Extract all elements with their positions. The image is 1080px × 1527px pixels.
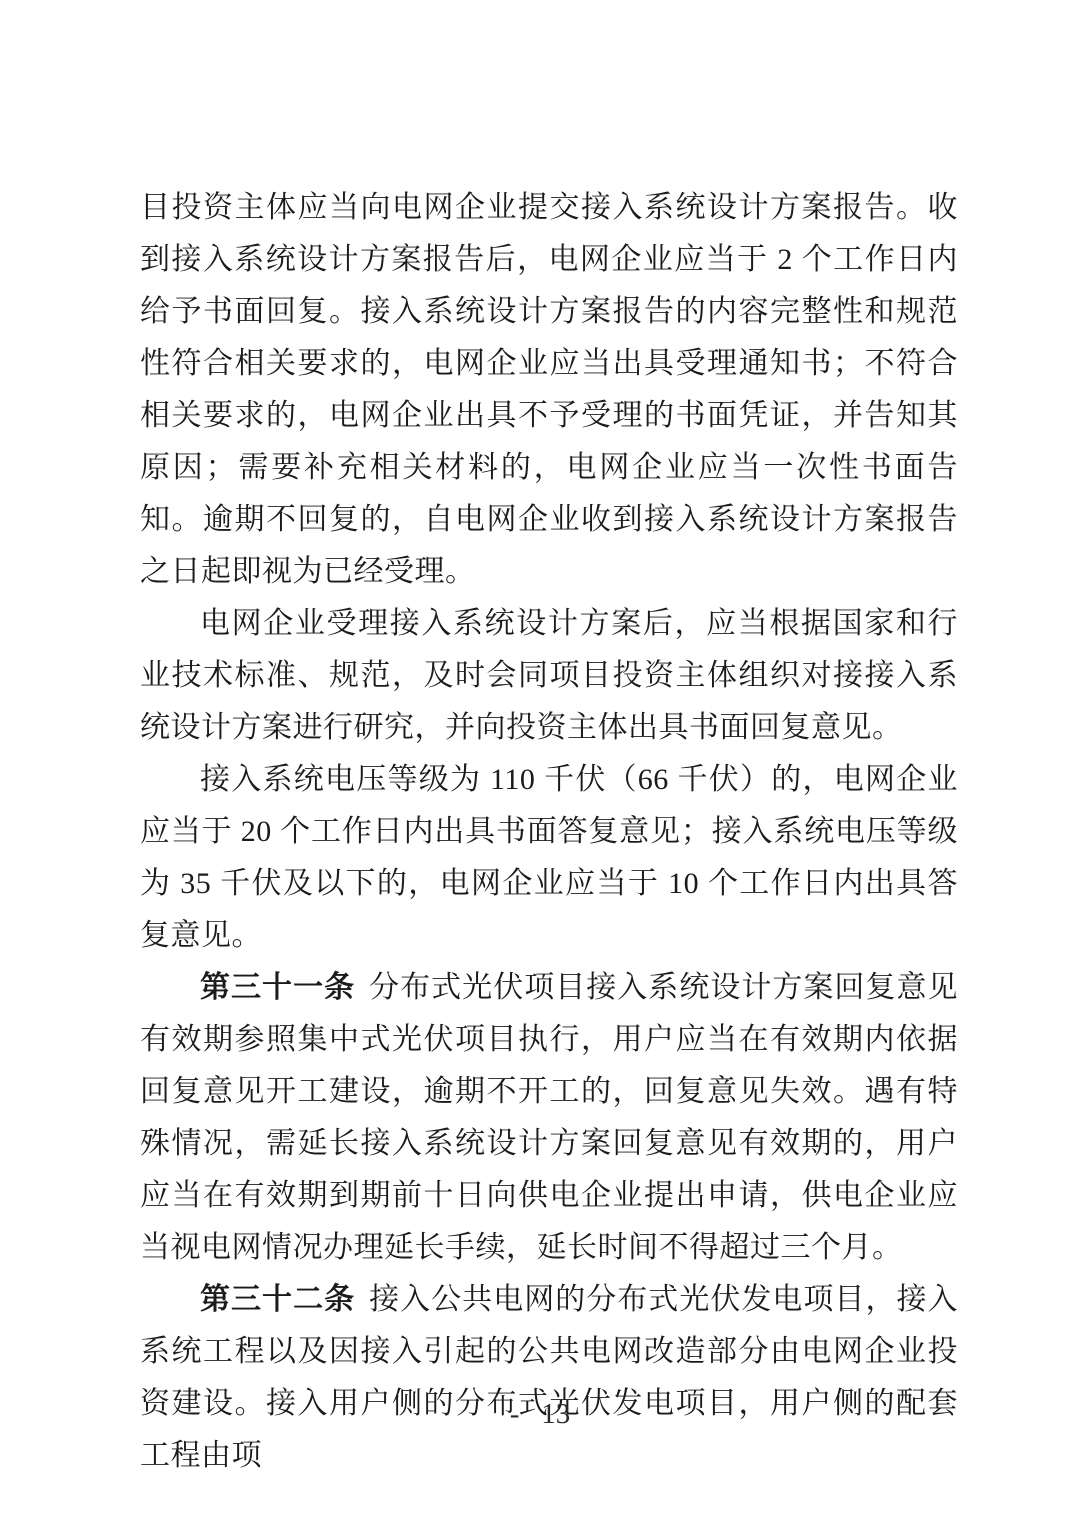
paragraph-text: 分布式光伏项目接入系统设计方案回复意见有效期参照集中式光伏项目执行，用户应当在有… [140, 971, 958, 1264]
paragraph: 目投资主体应当向电网企业提交接入系统设计方案报告。收到接入系统设计方案报告后，电… [140, 182, 958, 598]
paragraph-text: 接入系统电压等级为 110 千伏（66 千伏）的，电网企业应当于 20 个工作日… [140, 763, 958, 952]
paragraph-article-31: 第三十一条分布式光伏项目接入系统设计方案回复意见有效期参照集中式光伏项目执行，用… [140, 962, 958, 1274]
article-number: 第三十二条 [200, 1283, 355, 1316]
document-page: 目投资主体应当向电网企业提交接入系统设计方案报告。收到接入系统设计方案报告后，电… [0, 0, 1080, 1527]
document-body: 目投资主体应当向电网企业提交接入系统设计方案报告。收到接入系统设计方案报告后，电… [140, 182, 958, 1482]
page-number-footer: - 13 [0, 1392, 1080, 1436]
paragraph-text: 目投资主体应当向电网企业提交接入系统设计方案报告。收到接入系统设计方案报告后，电… [140, 191, 958, 588]
paragraph: 接入系统电压等级为 110 千伏（66 千伏）的，电网企业应当于 20 个工作日… [140, 754, 958, 962]
paragraph-text: 电网企业受理接入系统设计方案后，应当根据国家和行业技术标准、规范，及时会同项目投… [140, 607, 958, 744]
paragraph-article-32: 第三十二条接入公共电网的分布式光伏发电项目，接入系统工程以及因接入引起的公共电网… [140, 1274, 958, 1482]
paragraph: 电网企业受理接入系统设计方案后，应当根据国家和行业技术标准、规范，及时会同项目投… [140, 598, 958, 754]
article-number: 第三十一条 [200, 971, 355, 1004]
